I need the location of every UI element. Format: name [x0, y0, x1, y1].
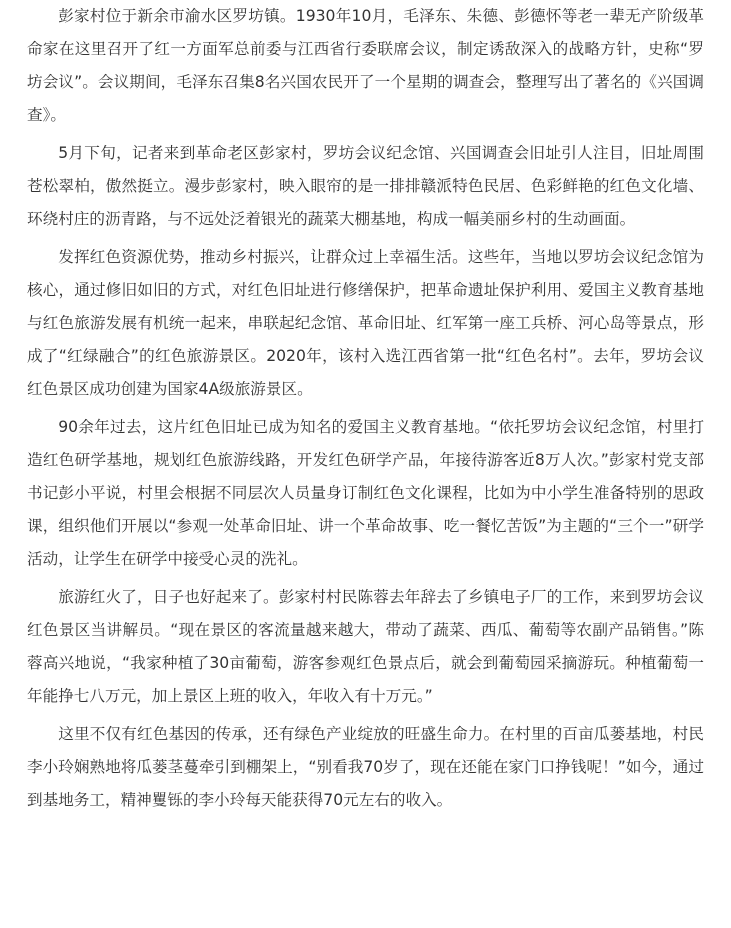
paragraph-5: 旅游红火了，日子也好起来了。彭家村村民陈蓉去年辞去了乡镇电子厂的工作，来到罗坊会…	[27, 581, 704, 713]
paragraph-3: 发挥红色资源优势，推动乡村振兴，让群众过上幸福生活。这些年，当地以罗坊会议纪念馆…	[27, 241, 704, 406]
paragraph-6: 这里不仅有红色基因的传承，还有绿色产业绽放的旺盛生命力。在村里的百亩瓜蒌基地，村…	[27, 718, 704, 817]
paragraph-1: 彭家村位于新余市渝水区罗坊镇。1930年10月，毛泽东、朱德、彭德怀等老一辈无产…	[27, 0, 704, 132]
article-body: 彭家村位于新余市渝水区罗坊镇。1930年10月，毛泽东、朱德、彭德怀等老一辈无产…	[27, 0, 704, 822]
paragraph-4: 90余年过去，这片红色旧址已成为知名的爱国主义教育基地。“依托罗坊会议纪念馆，村…	[27, 411, 704, 576]
paragraph-2: 5月下旬，记者来到革命老区彭家村，罗坊会议纪念馆、兴国调查会旧址引人注目，旧址周…	[27, 137, 704, 236]
